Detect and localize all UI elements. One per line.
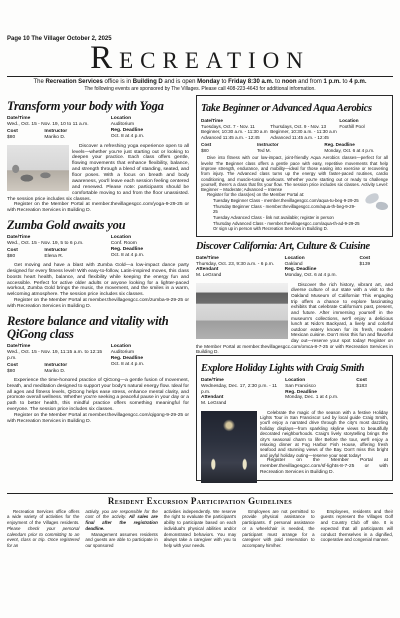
register-line: Register on the Member Portal at member.… <box>7 202 189 214</box>
guidelines-column-1: Recreation Services office offers a wide… <box>7 509 79 549</box>
section-masthead: Recreation <box>7 43 393 73</box>
register-links: Register for the class(es) on the Member… <box>201 192 388 231</box>
article-body: Get moving and have a blast with Zumba G… <box>7 263 189 298</box>
deadline-value: Oct. 8 at 4 p.m. <box>111 134 189 140</box>
tuesday-advanced-time: Advanced 11:45 a.m. - 12:45 <box>201 135 270 141</box>
thursday-advanced-time: Advanced 11:45 a.m. - 12:45 <box>270 135 339 141</box>
date-time-value: Wednesday, Dec. 17, 2:30 p.m. - 11 p.m. <box>201 384 285 396</box>
article-aqua-aerobics: Take Beginner or Advanced Aqua Aerobics … <box>196 95 393 237</box>
guidelines-text: Recreation Services office offers a wide… <box>7 509 79 549</box>
register-link-line: Or sign up in person with Recreation Ser… <box>201 226 388 232</box>
right-column: Take Beginner or Advanced Aqua Aerobics … <box>196 95 393 486</box>
register-line: Register on the Member Portal at member.… <box>7 298 189 310</box>
register-link-line: Thursday Beginner Class - member.thevill… <box>201 204 388 215</box>
register-line: Register on the Member Portal at member.… <box>7 413 189 425</box>
deadline-value: Oct. 8 at 4 p.m. <box>111 253 189 259</box>
article-title: Transform your body with Yoga <box>7 100 189 113</box>
guidelines-text: Management assumes residents and guests … <box>85 532 157 549</box>
deadline-value: Monday, Oct. 6 at 4 p.m. <box>324 148 388 154</box>
article-discover-california: Discover California: Art, Culture & Cuis… <box>196 242 393 355</box>
attendant-value: M. LeGrand <box>196 273 285 279</box>
date-time-value: Wed., Oct. 15 - Nov. 19, 11:15 a.m. to 1… <box>7 350 111 362</box>
instructor-value: Mariko D. <box>44 135 67 141</box>
main-columns: Transform your body with Yoga Date/Time … <box>7 95 393 486</box>
article-title: Discover California: Art, Culture & Cuis… <box>196 242 393 253</box>
info-block: Date/Time Wednesday, Dec. 17, 2:30 p.m. … <box>201 378 388 407</box>
water-splash-icon <box>362 192 388 214</box>
info-block: Date/Time Wed., Oct. 15 - Nov. 19, 10 to… <box>7 116 189 141</box>
article-title: Zumba Gold awaits you <box>7 219 189 232</box>
left-column: Transform your body with Yoga Date/Time … <box>7 95 189 486</box>
date-time-value: Wed., Oct. 15 - Nov. 19, 5 to 6 p.m. <box>7 241 111 247</box>
info-block-2: Cost Instructor Reg. Deadline $80 Ted M.… <box>201 142 388 153</box>
cost-value: $183 <box>356 384 388 390</box>
info-block: Date/Time Wed., Oct. 15 - Nov. 19, 11:15… <box>7 344 189 375</box>
guidelines-title: Resident Excursion Participation Guideli… <box>7 496 393 506</box>
cost-value: $80 <box>7 369 44 375</box>
instructor-value: Mariko D. <box>44 369 67 375</box>
guidelines-column-5: Employees, residents and their guests re… <box>321 509 393 549</box>
guidelines-text: activity, you are responsible for the co… <box>85 509 157 532</box>
article-body: Experience the time-honored practice of … <box>7 378 189 413</box>
cost-value: $80 <box>201 148 257 154</box>
article-yoga: Transform your body with Yoga Date/Time … <box>7 100 189 214</box>
sponsor-line: The following events are sponsored by Th… <box>7 86 393 92</box>
guidelines-column-3: activities independently. We reserve the… <box>164 509 236 549</box>
info-block: Date/Time Wed., Oct. 15 - Nov. 19, 5 to … <box>7 235 189 260</box>
cost-value: $80 <box>7 254 44 260</box>
guidelines-rule <box>7 493 393 494</box>
info-block: Date/Time Thursday, Oct. 23, 9:30 a.m. -… <box>196 256 393 279</box>
office-hours-line: The Recreation Services office is in Bui… <box>7 79 393 85</box>
newspaper-page: Page 10 The Villager October 2, 2025 Rec… <box>0 0 400 549</box>
instructor-value: Elena R. <box>44 254 67 260</box>
guidelines-text: Employees are not permitted to provide p… <box>242 509 314 549</box>
page-info: Page 10 The Villager October 2, 2025 <box>7 0 393 42</box>
article-body: Dive into fitness with our low-impact, j… <box>201 155 388 192</box>
article-title: Take Beginner or Advanced Aqua Aerobics <box>201 104 388 115</box>
instructor-value: Ted M. <box>257 148 324 154</box>
yoga-class-photo <box>7 145 69 191</box>
guidelines-text: activities independently. We reserve the… <box>164 509 236 549</box>
article-zumba: Zumba Gold awaits you Date/Time Wed., Oc… <box>7 219 189 310</box>
guidelines-columns: Recreation Services office offers a wide… <box>7 509 393 549</box>
deadline-value: Oct. 8 at 4 p.m. <box>111 362 189 368</box>
guidelines-column-2: activity, you are responsible for the co… <box>85 509 157 549</box>
deadline-value: Monday, Oct. 6 at 4 p.m. <box>285 273 360 279</box>
holiday-lights-photo <box>201 411 257 483</box>
guidelines-text: Employees, residents and their guests re… <box>321 509 393 543</box>
info-block: Date/Time Location Tuesdays, Oct. 7 - No… <box>201 118 388 141</box>
cost-value: $80 <box>7 135 44 141</box>
article-qigong: Restore balance and vitality with QiGong… <box>7 315 189 425</box>
attendant-value: M. LeGrand <box>201 401 285 407</box>
guidelines-column-4: Employees are not permitted to provide p… <box>242 509 314 549</box>
date-time-value: Wed., Oct. 15 - Nov. 19, 10 to 11 a.m. <box>7 122 111 128</box>
cost-value: $139 <box>360 262 393 268</box>
article-holiday-lights: Explore Holiday Lights with Craig Smith … <box>196 355 393 481</box>
article-title: Restore balance and vitality with QiGong… <box>7 315 189 342</box>
article-title: Explore Holiday Lights with Craig Smith <box>201 364 388 375</box>
masthead-rule <box>7 76 393 77</box>
deadline-value: Monday, Dec. 1 at 4 p.m. <box>285 395 356 401</box>
oakland-museum-photo <box>196 283 288 339</box>
